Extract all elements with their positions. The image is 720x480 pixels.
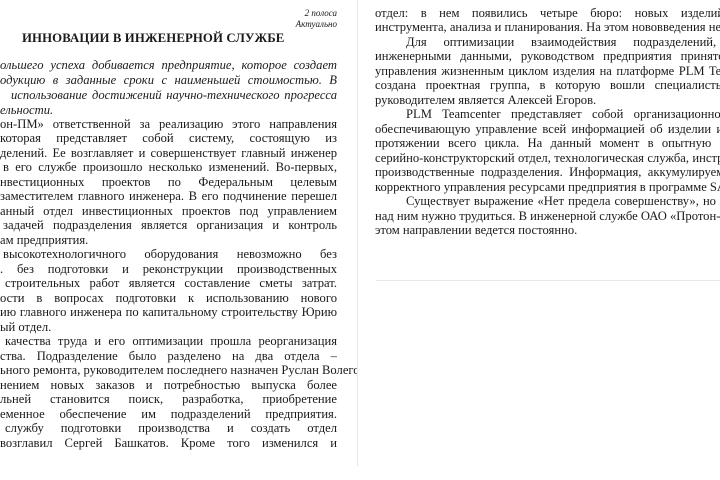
text-line: . без подготовки и реконструкции произво… [0, 262, 337, 276]
text-line: нвестиционных проектов по Федеральным це… [0, 175, 337, 189]
text-line: ьного ремонта, руководителем последнего … [0, 363, 357, 377]
text-line: ости в вопросах подготовки к использован… [0, 291, 337, 305]
text-line: производственные подразделения. Информац… [375, 165, 720, 179]
text-line: анный отдел инвестиционных проектов под … [0, 204, 337, 218]
text-line: руководителем является Алексей Егоров. [375, 93, 596, 107]
text-line: создана проектная группа, в которую вошл… [375, 78, 720, 92]
text-line: ию главного инженера по капитальному стр… [0, 305, 337, 319]
text-line: делений. Ее возглавляет и совершенствует… [0, 146, 337, 160]
text-line: Для оптимизации взаимодействия подраздел… [406, 35, 720, 49]
text-line: инженерными данными, руководством предпр… [375, 49, 720, 63]
header-rubric-label: Актуально [296, 19, 337, 30]
text-line: службу подготовки производства и создать… [5, 421, 337, 435]
text-line: корректного управления ресурсами предпри… [375, 180, 720, 194]
page-break-line [376, 280, 720, 281]
text-line: качества труда и его оптимизации прошла … [5, 334, 337, 348]
text-line: возглавил Сергей Башкатов. Кроме того из… [0, 436, 337, 450]
text-line: одукцию в заданные сроки с наименьшей ст… [0, 73, 337, 87]
text-line: отдел: в нем появились четыре бюро: новы… [375, 6, 720, 20]
text-line: которая представляет собой систему, сост… [0, 131, 337, 145]
text-line: PLM Teamcenter представляет собой органи… [406, 107, 720, 121]
text-line: задачей подразделения является организац… [3, 218, 337, 232]
header-section-label: 2 полоса [305, 8, 337, 19]
text-line: инструмента, анализа и планирования. На … [375, 20, 720, 34]
text-line: строительных работ является составление … [5, 276, 337, 290]
text-line: управления жизненным циклом изделия на п… [375, 64, 720, 78]
text-line: ам предприятия. [0, 233, 88, 247]
text-line: в его службе произошло несколько изменен… [3, 160, 337, 174]
text-line: этом направлении ведется постоянно. [375, 223, 577, 237]
text-line: над ним нужно трудиться. В инженерной сл… [375, 209, 720, 223]
text-line: еменное обеспечение им подразделений пре… [0, 407, 337, 421]
text-line: нением новых заказов и потребностью выпу… [0, 378, 337, 392]
text-line: ый отдел. [0, 320, 51, 334]
text-line: серийно-конструкторский отдел, технологи… [375, 151, 720, 165]
document-page-left: 2 полоса Актуально ИННОВАЦИИ В ИНЖЕНЕРНО… [0, 0, 357, 480]
text-line: обеспечивающую управление всей информаци… [375, 122, 720, 136]
text-line: заместителем главного инженера. В его по… [0, 189, 337, 203]
document-page-right: отдел: в нем появились четыре бюро: новы… [358, 0, 720, 480]
article-title: ИННОВАЦИИ В ИНЖЕНЕРНОЙ СЛУЖБЕ [22, 31, 284, 46]
text-line: он-ПМ» ответственной за реализацию этого… [0, 117, 337, 131]
text-line: использование достижений научно-техничес… [11, 88, 337, 102]
text-line: льней становится поиск, разработка, прио… [0, 392, 337, 406]
text-line: протяжении всего цикла. На данный момент… [375, 136, 720, 150]
text-line: Существует выражение «Нет предела соверш… [406, 194, 720, 208]
text-line: ства. Подразделение было разделено на дв… [0, 349, 337, 363]
text-line: ельности. [0, 103, 53, 117]
text-line: высокотехнологичного оборудования невозм… [3, 247, 337, 261]
text-line: ольшего успеха добивается предприятие, к… [0, 58, 337, 72]
